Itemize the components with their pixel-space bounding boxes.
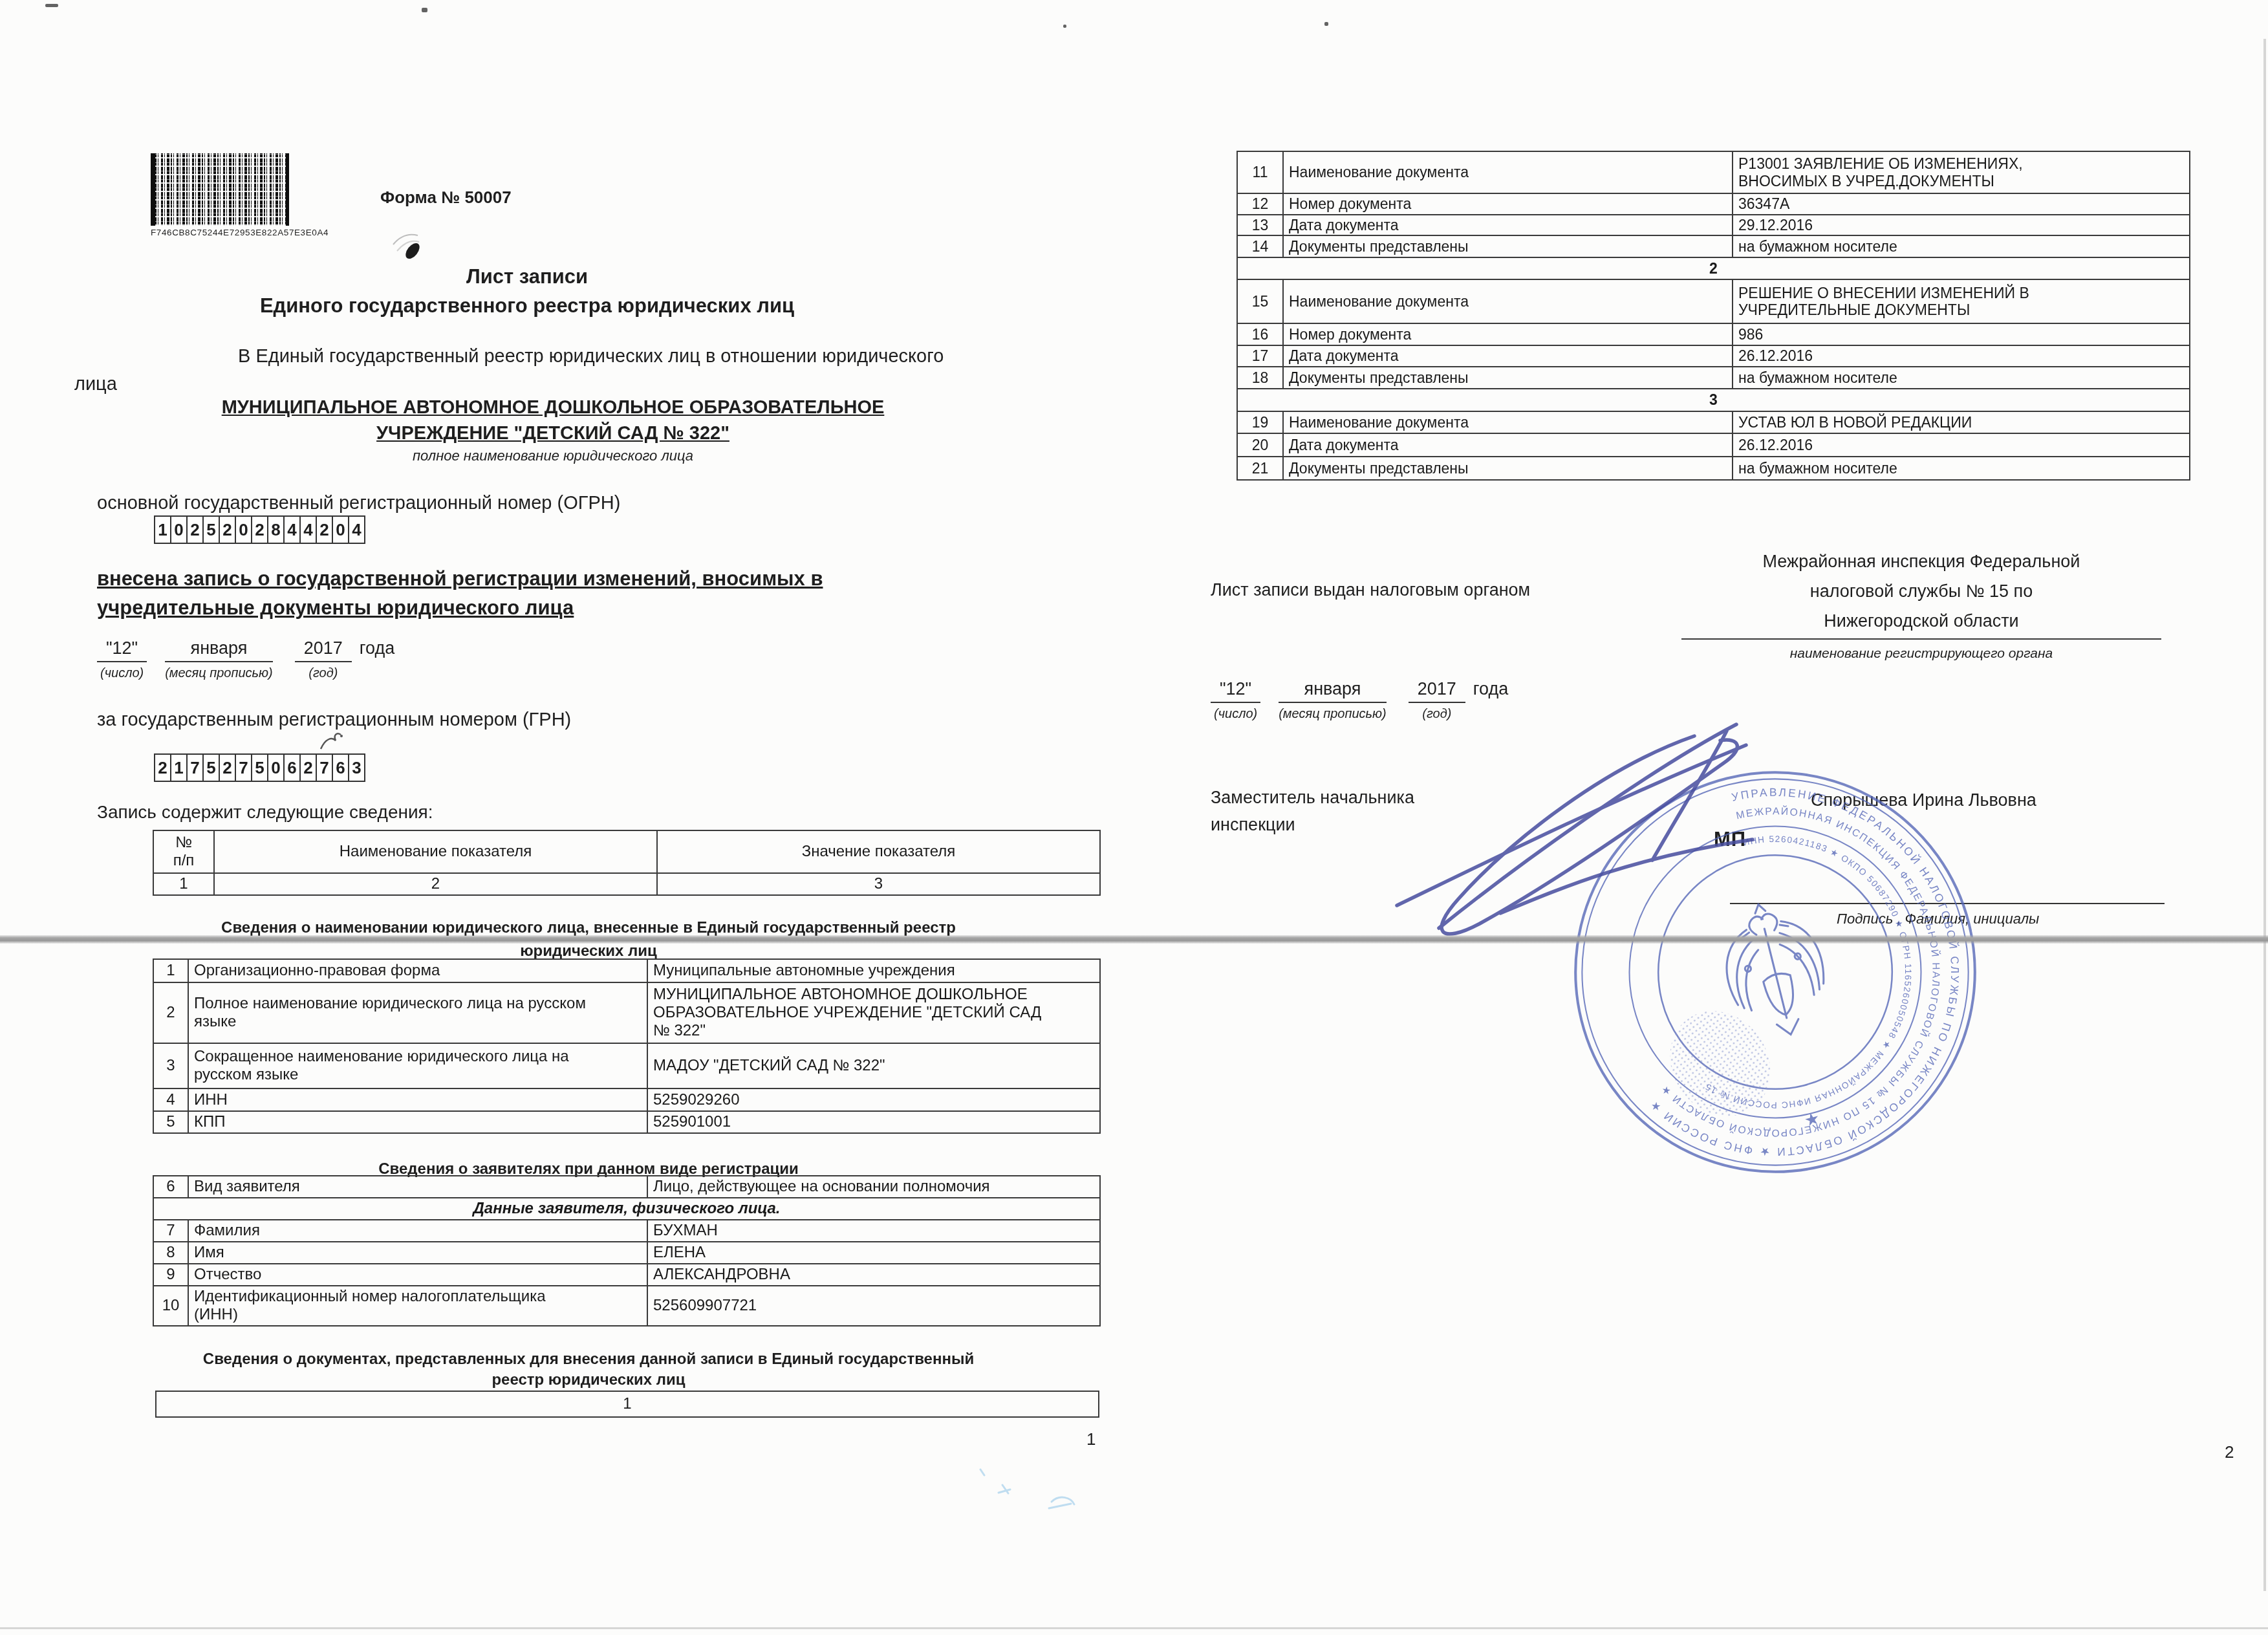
indicator-value-cell: на бумажном носителе bbox=[1733, 457, 2190, 480]
table-row: 16Номер документа986 bbox=[1237, 323, 2190, 345]
row-number-cell: 14 bbox=[1237, 235, 1283, 257]
row-number-cell: 8 bbox=[153, 1242, 188, 1264]
row-number-cell: 18 bbox=[1237, 367, 1283, 389]
table-row: 14Документы представленына бумажном носи… bbox=[1237, 235, 2190, 257]
indicator-value-cell: Муниципальные автономные учреждения bbox=[647, 959, 1100, 982]
table-row: 123 bbox=[153, 873, 1100, 895]
registering-authority: Межрайонная инспекция Федеральной налого… bbox=[1681, 547, 2161, 662]
indicator-value-cell: 29.12.2016 bbox=[1733, 215, 2190, 236]
table-row: 6Вид заявителяЛицо, действующее на основ… bbox=[153, 1176, 1100, 1198]
digit-cell: 4 bbox=[283, 515, 301, 544]
indicator-value-cell: на бумажном носителе bbox=[1733, 367, 2190, 389]
digit-cell: 1 bbox=[154, 515, 171, 544]
authority-line-1: Межрайонная инспекция Федеральной bbox=[1681, 547, 2161, 576]
table-row: 21Документы представленына бумажном носи… bbox=[1237, 457, 2190, 480]
table-row: 15Наименование документаРЕШЕНИЕ О ВНЕСЕН… bbox=[1237, 279, 2190, 323]
table-row: 2Полное наименование юридического лица н… bbox=[153, 982, 1100, 1043]
row-number-cell: 1 bbox=[153, 873, 214, 895]
indicator-value-cell: Р13001 ЗАЯВЛЕНИЕ ОБ ИЗМЕНЕНИЯХ, ВНОСИМЫХ… bbox=[1733, 151, 2190, 193]
digit-cell: 2 bbox=[154, 753, 171, 782]
issue-date-month: января (месяц прописью) bbox=[1279, 678, 1387, 722]
indicator-value-cell: 525901001 bbox=[647, 1111, 1100, 1133]
grn-digit-boxes: 2175275062763 bbox=[155, 753, 365, 782]
digit-cell: 1 bbox=[170, 753, 188, 782]
row-number-cell: 13 bbox=[1237, 215, 1283, 236]
table-row: 2 bbox=[1237, 257, 2190, 279]
table-row: № п/пНаименование показателяЗначение пок… bbox=[153, 830, 1100, 873]
digit-cell: 5 bbox=[251, 753, 268, 782]
row-number-cell: 5 bbox=[153, 1111, 188, 1133]
row-number-cell: 9 bbox=[153, 1264, 188, 1286]
digit-cell: 3 bbox=[348, 753, 365, 782]
indicator-name-cell: Отчество bbox=[188, 1264, 647, 1286]
issue-date-day: "12" (число) bbox=[1211, 678, 1260, 722]
digit-cell: 2 bbox=[316, 515, 333, 544]
row-number-cell: 19 bbox=[1237, 411, 1283, 433]
indicator-value-cell: 986 bbox=[1733, 323, 2190, 345]
scan-bottom-edge bbox=[0, 1627, 2268, 1629]
authority-name: Межрайонная инспекция Федеральной налого… bbox=[1681, 547, 2161, 640]
date-month: января (месяц прописью) bbox=[165, 637, 273, 681]
table-row: 12Номер документа36347А bbox=[1237, 193, 2190, 215]
row-number-cell: 20 bbox=[1237, 433, 1283, 457]
indicator-value-cell: на бумажном носителе bbox=[1733, 235, 2190, 257]
pen-squiggle bbox=[317, 731, 345, 753]
indicator-value-cell: 525609907721 bbox=[647, 1286, 1100, 1326]
title-line-2: Единого государственного реестра юридиче… bbox=[55, 291, 999, 320]
section-documents-heading-1: Сведения о документах, представленных дл… bbox=[110, 1349, 1067, 1370]
names-table: 1Организационно-правовая формаМуниципаль… bbox=[153, 958, 1099, 1134]
indicator-name-cell: Организационно-правовая форма bbox=[188, 959, 647, 982]
digit-cell: 2 bbox=[299, 753, 317, 782]
digit-cell: 7 bbox=[186, 753, 204, 782]
documents-placeholder-cell: 1 bbox=[156, 1391, 1099, 1417]
authority-caption: наименование регистрирующего органа bbox=[1681, 640, 2161, 662]
indicator-value-cell: 5259029260 bbox=[647, 1088, 1100, 1111]
digit-cell: 6 bbox=[332, 753, 349, 782]
table-row: 11Наименование документаР13001 ЗАЯВЛЕНИЕ… bbox=[1237, 151, 2190, 193]
organization-name: МУНИЦИПАЛЬНОЕ АВТОНОМНОЕ ДОШКОЛЬНОЕ ОБРА… bbox=[81, 395, 1025, 464]
authority-line-3: Нижегородской области bbox=[1681, 606, 2161, 636]
row-number-cell: № п/п bbox=[153, 830, 214, 873]
intro-line-1: В Единый государственный реестр юридичес… bbox=[238, 346, 944, 367]
indicator-name-cell: Дата документа bbox=[1283, 215, 1733, 236]
indicator-name-cell: Наименование документа bbox=[1283, 151, 1733, 193]
digit-cell: 4 bbox=[299, 515, 317, 544]
digit-cell: 8 bbox=[267, 515, 285, 544]
row-number-cell: 4 bbox=[153, 1088, 188, 1111]
digit-cell: 7 bbox=[235, 753, 252, 782]
table-row: 10Идентификационный номер налогоплательщ… bbox=[153, 1286, 1100, 1326]
indicator-value-cell: 26.12.2016 bbox=[1733, 345, 2190, 367]
indicator-value-cell: 36347А bbox=[1733, 193, 2190, 215]
page-number-1: 1 bbox=[1086, 1429, 1096, 1449]
barcode-2d bbox=[151, 153, 289, 226]
record-contains-label: Запись содержит следующие сведения: bbox=[97, 802, 433, 823]
indicator-name-cell: Фамилия bbox=[188, 1220, 647, 1242]
scan-speck bbox=[45, 4, 58, 7]
indicator-value-cell: 26.12.2016 bbox=[1733, 433, 2190, 457]
row-number-cell: 12 bbox=[1237, 193, 1283, 215]
digit-cell: 2 bbox=[219, 753, 236, 782]
issue-date-year-suffix: года bbox=[1473, 678, 1508, 700]
indicator-value-cell: Лицо, действующее на основании полномочи… bbox=[647, 1176, 1100, 1198]
form-number: Форма № 50007 bbox=[380, 188, 512, 208]
row-number-cell: 16 bbox=[1237, 323, 1283, 345]
page-number-2: 2 bbox=[2225, 1442, 2234, 1462]
indicator-value-cell: АЛЕКСАНДРОВНА bbox=[647, 1264, 1100, 1286]
digit-cell: 4 bbox=[348, 515, 365, 544]
indicator-value-cell: РЕШЕНИЕ О ВНЕСЕНИИ ИЗМЕНЕНИЙ В УЧРЕДИТЕЛ… bbox=[1733, 279, 2190, 323]
row-number-cell: 3 bbox=[153, 1043, 188, 1088]
row-number-cell: 15 bbox=[1237, 279, 1283, 323]
subsection-title-cell: Данные заявителя, физического лица. bbox=[153, 1198, 1100, 1220]
digit-cell: 7 bbox=[316, 753, 333, 782]
digit-cell: 2 bbox=[219, 515, 236, 544]
table-row: 4ИНН5259029260 bbox=[153, 1088, 1100, 1111]
indicator-name-cell: Наименование показателя bbox=[214, 830, 657, 873]
row-number-cell: 7 bbox=[153, 1220, 188, 1242]
digit-cell: 0 bbox=[267, 753, 285, 782]
indicator-value-cell: БУХМАН bbox=[647, 1220, 1100, 1242]
indicator-name-cell: Идентификационный номер налогоплательщик… bbox=[188, 1286, 647, 1326]
statement-line-2: учредительные документы юридического лиц… bbox=[97, 596, 574, 619]
digit-cell: 0 bbox=[332, 515, 349, 544]
row-number-cell: 6 bbox=[153, 1176, 188, 1198]
row-number-cell: 2 bbox=[153, 982, 188, 1043]
digit-cell: 2 bbox=[251, 515, 268, 544]
indicator-name-cell: Документы представлены bbox=[1283, 235, 1733, 257]
digit-cell: 6 bbox=[283, 753, 301, 782]
indicator-name-cell: Сокращенное наименование юридического ли… bbox=[188, 1043, 647, 1088]
date-day: "12" (число) bbox=[97, 637, 147, 681]
scanned-document: { "page1": { "barcode_label": "F746CB8C7… bbox=[0, 0, 2268, 1635]
indicator-name-cell: Номер документа bbox=[1283, 193, 1733, 215]
ogrn-digit-boxes: 1025202844204 bbox=[155, 515, 365, 544]
date-year: 2017 (год) bbox=[295, 637, 352, 681]
digit-cell: 5 bbox=[202, 515, 220, 544]
handwritten-signature bbox=[1374, 705, 1827, 964]
indicator-name-cell: Вид заявителя bbox=[188, 1176, 647, 1198]
document-title: Лист записи Единого государственного рее… bbox=[55, 262, 999, 320]
authority-line-2: налоговой службы № 15 по bbox=[1681, 576, 2161, 606]
indicator-name-cell: Дата документа bbox=[1283, 345, 1733, 367]
date-year-suffix: года bbox=[360, 637, 394, 659]
table-row: 20Дата документа26.12.2016 bbox=[1237, 433, 2190, 457]
table-row: Данные заявителя, физического лица. bbox=[153, 1198, 1100, 1220]
table-row: 9ОтчествоАЛЕКСАНДРОВНА bbox=[153, 1264, 1100, 1286]
indicators-header-table: № п/пНаименование показателяЗначение пок… bbox=[153, 830, 1099, 896]
row-number-cell: 1 bbox=[153, 959, 188, 982]
digit-cell: 5 bbox=[202, 753, 220, 782]
indicator-name-cell: Имя bbox=[188, 1242, 647, 1264]
table-row: 13Дата документа29.12.2016 bbox=[1237, 215, 2190, 236]
issued-by-label: Лист записи выдан налоговым органом bbox=[1211, 580, 1530, 600]
statement-line-1: внесена запись о государственной регистр… bbox=[97, 567, 823, 590]
intro-line-2: лица bbox=[74, 374, 117, 395]
title-line-1: Лист записи bbox=[55, 262, 999, 291]
document-group-number-cell: 2 bbox=[1237, 257, 2190, 279]
table-row: 17Дата документа26.12.2016 bbox=[1237, 345, 2190, 367]
indicator-value-cell: МУНИЦИПАЛЬНОЕ АВТОНОМНОЕ ДОШКОЛЬНОЕ ОБРА… bbox=[647, 982, 1100, 1043]
indicator-name-cell: Документы представлены bbox=[1283, 367, 1733, 389]
scan-speck bbox=[1063, 25, 1066, 28]
table-row: 3 bbox=[1237, 389, 2190, 411]
table-row: 1Организационно-правовая формаМуниципаль… bbox=[153, 959, 1100, 982]
presented-documents-table: 11Наименование документаР13001 ЗАЯВЛЕНИЕ… bbox=[1237, 151, 2189, 481]
indicator-name-cell: КПП bbox=[188, 1111, 647, 1133]
digit-cell: 2 bbox=[186, 515, 204, 544]
table-row: 3Сокращенное наименование юридического л… bbox=[153, 1043, 1100, 1088]
table-row: 18Документы представленына бумажном носи… bbox=[1237, 367, 2190, 389]
scan-speck bbox=[422, 8, 427, 12]
indicator-name-cell: Документы представлены bbox=[1283, 457, 1733, 480]
ink-smudge bbox=[388, 225, 433, 265]
barcode-label: F746CB8C75244E72953E822A57E3E0A4 bbox=[151, 228, 329, 237]
section-documents-heading-2: реестр юридических лиц bbox=[110, 1370, 1067, 1391]
registration-statement: внесена запись о государственной регистр… bbox=[97, 564, 1106, 622]
indicator-name-cell: Наименование документа bbox=[1283, 411, 1733, 433]
table-row: 19Наименование документаУСТАВ ЮЛ В НОВОЙ… bbox=[1237, 411, 2190, 433]
scan-fold-band bbox=[0, 935, 2268, 944]
grn-label: за государственным регистрационным номер… bbox=[97, 709, 571, 731]
row-number-cell: 10 bbox=[153, 1286, 188, 1326]
indicator-name-cell: Номер документа bbox=[1283, 323, 1733, 345]
indicator-value-cell: МАДОУ "ДЕТСКИЙ САД № 322" bbox=[647, 1043, 1100, 1088]
table-row: 5КПП525901001 bbox=[153, 1111, 1100, 1133]
digit-cell: 0 bbox=[170, 515, 188, 544]
indicator-value-cell: Значение показателя bbox=[657, 830, 1100, 873]
indicator-name-cell: 2 bbox=[214, 873, 657, 895]
document-group-number-cell: 3 bbox=[1237, 389, 2190, 411]
table-row: 7ФамилияБУХМАН bbox=[153, 1220, 1100, 1242]
indicator-name-cell: Полное наименование юридического лица на… bbox=[188, 982, 647, 1043]
scan-speck bbox=[1324, 22, 1328, 26]
row-number-cell: 17 bbox=[1237, 345, 1283, 367]
documents-placeholder-table: 1 bbox=[155, 1391, 1099, 1418]
blue-ink-specks bbox=[969, 1460, 1092, 1525]
indicator-value-cell: 3 bbox=[657, 873, 1100, 895]
table-row: 8ИмяЕЛЕНА bbox=[153, 1242, 1100, 1264]
indicator-value-cell: УСТАВ ЮЛ В НОВОЙ РЕДАКЦИИ bbox=[1733, 411, 2190, 433]
record-date: "12" (число) января (месяц прописью) 201… bbox=[97, 637, 394, 681]
applicants-table: 6Вид заявителяЛицо, действующее на основ… bbox=[153, 1175, 1099, 1326]
scan-right-edge bbox=[2263, 39, 2266, 1591]
org-name-line-2: УЧРЕЖДЕНИЕ "ДЕТСКИЙ САД № 322" bbox=[81, 420, 1025, 446]
indicator-name-cell: ИНН bbox=[188, 1088, 647, 1111]
indicator-value-cell: ЕЛЕНА bbox=[647, 1242, 1100, 1264]
org-name-line-1: МУНИЦИПАЛЬНОЕ АВТОНОМНОЕ ДОШКОЛЬНОЕ ОБРА… bbox=[81, 395, 1025, 420]
digit-cell: 0 bbox=[235, 515, 252, 544]
row-number-cell: 21 bbox=[1237, 457, 1283, 480]
indicator-name-cell: Дата документа bbox=[1283, 433, 1733, 457]
ogrn-label: основной государственный регистрационный… bbox=[97, 493, 620, 514]
indicator-name-cell: Наименование документа bbox=[1283, 279, 1733, 323]
row-number-cell: 11 bbox=[1237, 151, 1283, 193]
org-name-caption: полное наименование юридического лица bbox=[81, 446, 1025, 464]
scan-speck bbox=[1874, 167, 1876, 169]
